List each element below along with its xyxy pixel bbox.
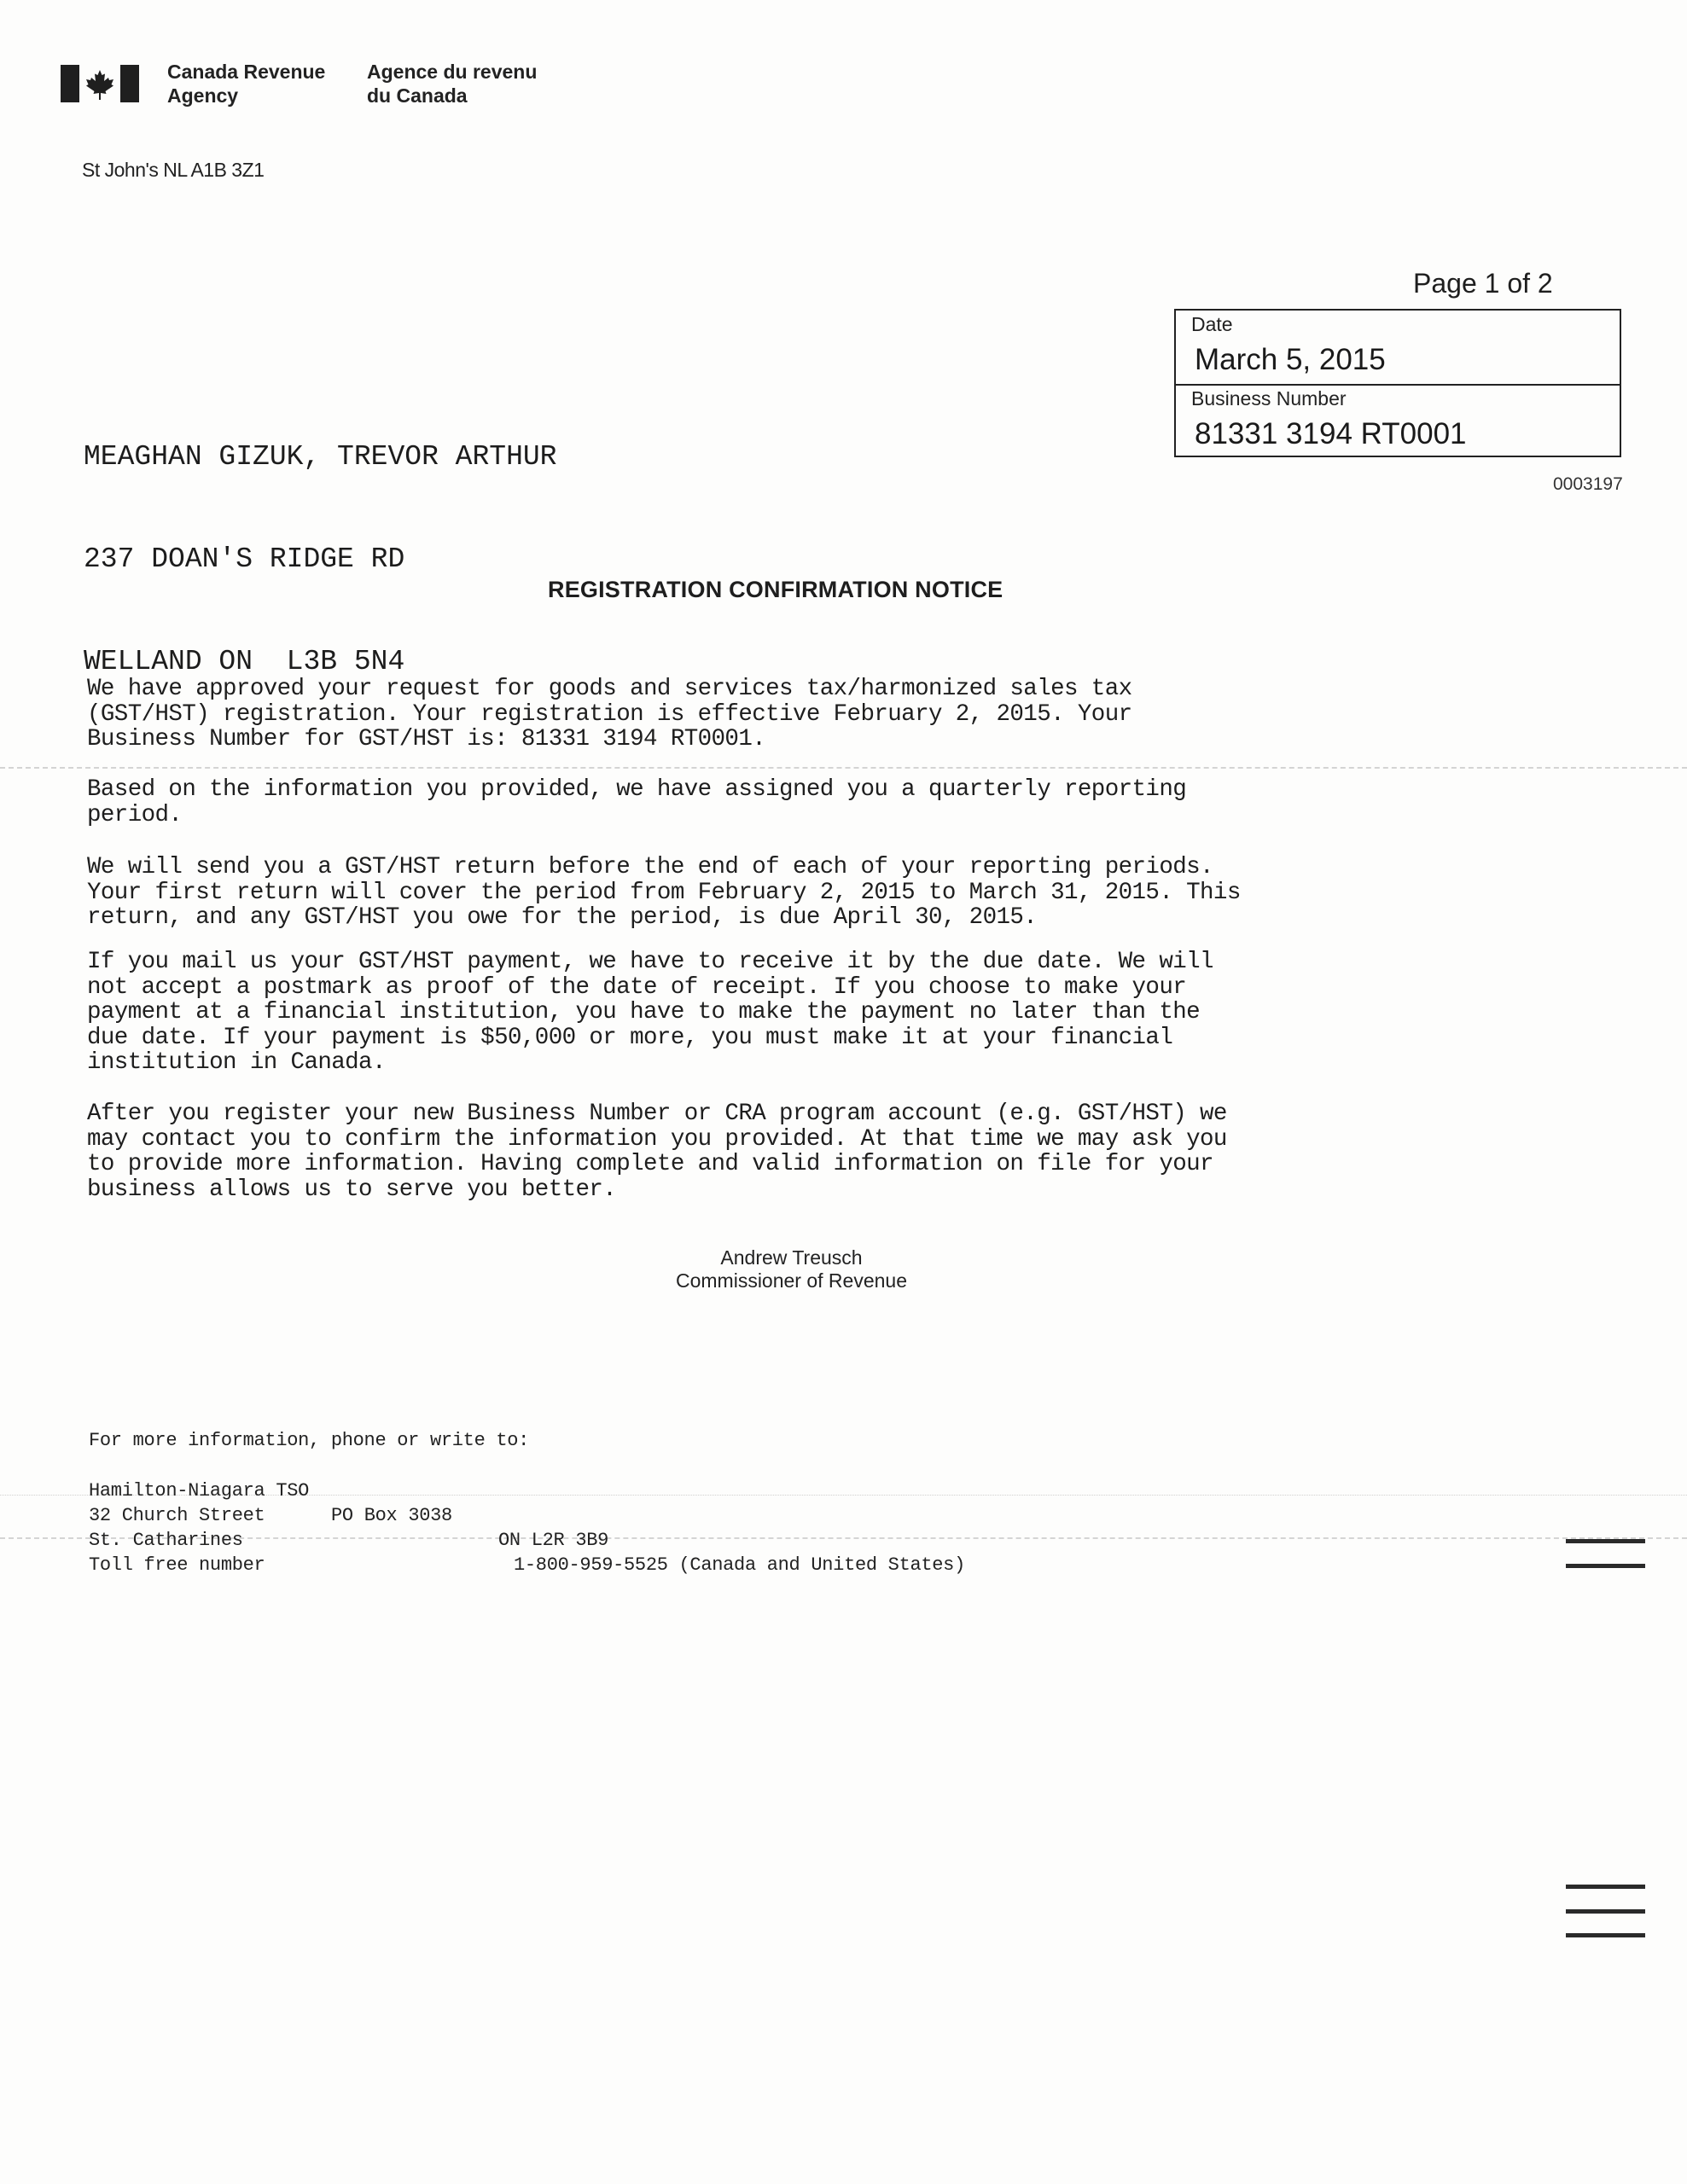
- contact-intro: For more information, phone or write to:: [89, 1430, 529, 1451]
- mail-sort-mark: [1566, 1909, 1645, 1914]
- paragraph-approval: We have approved your request for goods …: [87, 677, 1504, 752]
- office-province-postal: ON L2R 3B9: [498, 1530, 608, 1551]
- agency-name-line: Canada Revenue: [167, 60, 325, 84]
- date-business-number-box: Date March 5, 2015 Business Number 81331…: [1174, 309, 1621, 457]
- signatory-title: Commissioner of Revenue: [0, 1269, 1583, 1292]
- date-label: Date: [1191, 313, 1233, 336]
- paragraph-payment: If you mail us your GST/HST payment, we …: [87, 950, 1504, 1076]
- recipient-street: 237 DOAN'S RIDGE RD: [84, 543, 557, 577]
- agency-name-line: Agency: [167, 84, 325, 107]
- office-name: Hamilton-Niagara TSO: [89, 1480, 309, 1501]
- toll-free-number: 1-800-959-5525 (Canada and United States…: [514, 1554, 965, 1576]
- page-indicator: Page 1 of 2: [1413, 268, 1553, 299]
- scan-fold-line: [0, 767, 1687, 769]
- agency-name-english: Canada Revenue Agency: [167, 60, 325, 107]
- canada-flag-icon: [61, 65, 139, 102]
- date-value: March 5, 2015: [1195, 343, 1386, 377]
- notice-title: REGISTRATION CONFIRMATION NOTICE: [548, 577, 1003, 603]
- business-number-label: Business Number: [1191, 387, 1347, 410]
- office-city: St. Catharines: [89, 1530, 243, 1551]
- office-po-box: PO Box 3038: [331, 1505, 452, 1526]
- return-address: St John's NL A1B 3Z1: [82, 159, 264, 182]
- mail-sort-mark: [1566, 1539, 1645, 1543]
- mail-sort-mark: [1566, 1564, 1645, 1568]
- paragraph-reporting-period: Based on the information you provided, w…: [87, 777, 1504, 828]
- paragraph-contact-confirmation: After you register your new Business Num…: [87, 1101, 1504, 1202]
- mail-sort-mark: [1566, 1933, 1645, 1937]
- scan-fold-line: [0, 1537, 1687, 1539]
- document-number: 0003197: [1553, 474, 1623, 495]
- recipient-name: MEAGHAN GIZUK, TREVOR ARTHUR: [84, 440, 557, 474]
- office-street: 32 Church Street: [89, 1505, 265, 1526]
- agency-name-line: du Canada: [367, 84, 537, 107]
- agency-name-line: Agence du revenu: [367, 60, 537, 84]
- paragraph-first-return: We will send you a GST/HST return before…: [87, 855, 1504, 931]
- recipient-city: WELLAND ON L3B 5N4: [84, 645, 557, 679]
- mail-sort-mark: [1566, 1885, 1645, 1889]
- agency-name-french: Agence du revenu du Canada: [367, 60, 537, 107]
- box-divider: [1176, 384, 1620, 386]
- toll-free-label: Toll free number: [89, 1554, 265, 1576]
- business-number-value: 81331 3194 RT0001: [1195, 417, 1467, 451]
- recipient-address: MEAGHAN GIZUK, TREVOR ARTHUR 237 DOAN'S …: [84, 372, 557, 713]
- signatory-name: Andrew Treusch: [0, 1246, 1583, 1269]
